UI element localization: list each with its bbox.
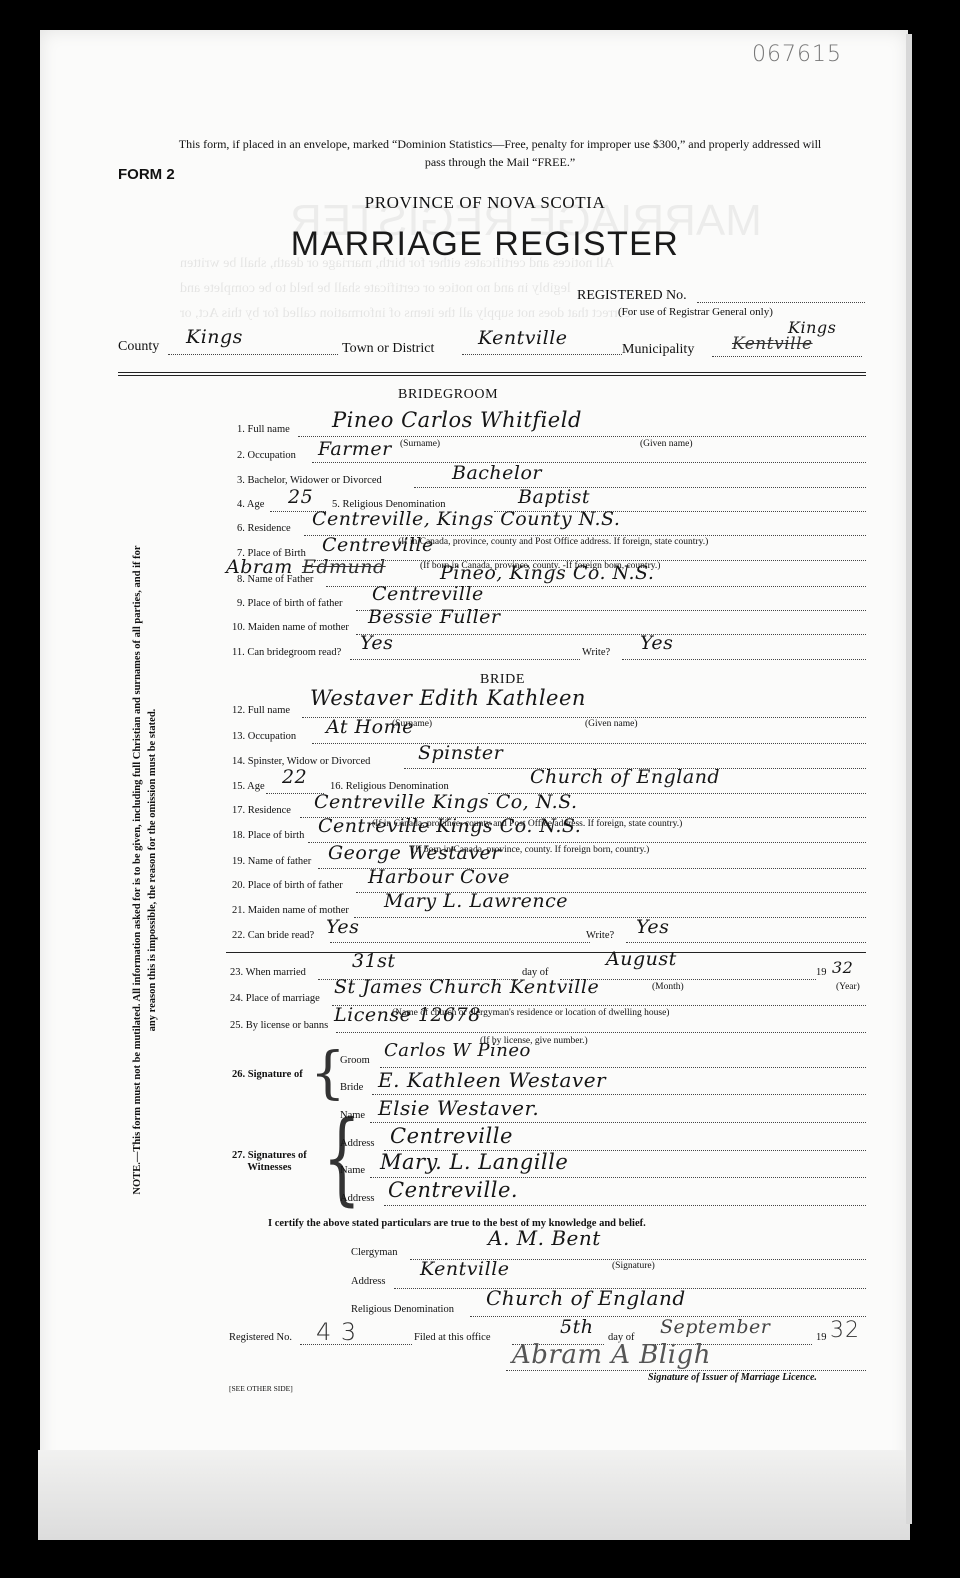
bleed-through-text: correct that does not supply all the ite…	[180, 306, 631, 322]
license-line	[336, 1032, 866, 1033]
town-field-line	[462, 354, 622, 355]
bride-given-name-caption: (Given name)	[585, 719, 638, 729]
bride-occupation[interactable]: At Home	[326, 716, 414, 738]
marriage-day[interactable]: 31st	[352, 950, 396, 972]
groom-birthplace[interactable]: Centreville	[322, 534, 434, 556]
filed-year[interactable]: 32	[830, 1318, 860, 1343]
field-26-label: 26. Signature of	[232, 1069, 303, 1080]
municipality-label: Municipality	[622, 342, 694, 358]
witness-1-address-label: Address	[340, 1138, 374, 1149]
province-heading: PROVINCE OF NOVA SCOTIA	[300, 193, 670, 213]
bride-father-name[interactable]: George Westaver	[328, 842, 501, 864]
field-22-label: 22. Can bride read?	[232, 930, 314, 941]
bride-signature[interactable]: E. Kathleen Westaver	[378, 1068, 606, 1092]
groom-marital-status[interactable]: Bachelor	[452, 462, 542, 484]
registered-no-value[interactable]: 4 3	[316, 1318, 357, 1346]
side-note: NOTE.—This form must not be mutilated. A…	[130, 540, 160, 1200]
issuer-caption: Signature of Issuer of Marriage Licence.	[648, 1372, 817, 1383]
groom-mother-maiden-name[interactable]: Bessie Fuller	[368, 606, 500, 628]
see-other-side: [SEE OTHER SIDE]	[229, 1384, 293, 1393]
year-prefix: 19	[816, 967, 827, 978]
bride-signature-line	[372, 1094, 866, 1095]
filed-label: Filed at this office	[414, 1332, 491, 1343]
bride-can-read[interactable]: Yes	[326, 916, 359, 938]
field-3-label: 3. Bachelor, Widower or Divorced	[237, 475, 382, 486]
filed-month[interactable]: September	[660, 1316, 770, 1338]
archive-number: 067615	[752, 42, 842, 67]
field-11-line	[350, 659, 580, 660]
year-caption: (Year)	[836, 982, 860, 992]
registrar-note: (For use of Registrar General only)	[618, 306, 773, 318]
witness-1-name[interactable]: Elsie Westaver.	[378, 1096, 539, 1120]
bride-write-label: Write?	[586, 930, 614, 941]
witness-1-name-label: Name	[340, 1110, 365, 1121]
groom-write-line	[622, 659, 866, 660]
field-19-label: 19. Name of father	[232, 856, 311, 867]
groom-full-name[interactable]: Pineo Carlos Whitfield	[332, 408, 582, 432]
witness-1-address[interactable]: Centreville	[390, 1124, 513, 1148]
field-21-line	[354, 917, 866, 918]
municipality-value[interactable]: Kings	[788, 318, 836, 337]
field-21-label: 21. Maiden name of mother	[232, 905, 349, 916]
field-2-line	[312, 462, 866, 463]
bride-birthplace[interactable]: Centreville Kings Co. N.S.	[318, 815, 581, 837]
groom-signature[interactable]: Carlos W Pineo	[384, 1040, 531, 1061]
field-20-label: 20. Place of birth of father	[232, 880, 343, 891]
bride-can-write[interactable]: Yes	[636, 916, 669, 938]
clergyman-label: Clergyman	[351, 1247, 397, 1258]
clergyman-signature[interactable]: A. M. Bent	[488, 1226, 601, 1250]
month-caption: (Month)	[652, 982, 684, 992]
bride-marital-status[interactable]: Spinster	[418, 742, 503, 764]
field-15-label: 15. Age	[232, 781, 265, 792]
bride-mother-maiden-name[interactable]: Mary L. Lawrence	[384, 890, 568, 912]
groom-age[interactable]: 25	[288, 486, 313, 508]
header-divider	[118, 372, 866, 376]
clergyman-address-label: Address	[351, 1276, 385, 1287]
registered-no-label-bottom: Registered No.	[229, 1332, 292, 1343]
field-17-label: 17. Residence	[232, 805, 291, 816]
bleed-through-text: legibly in and no notice or certificate …	[180, 281, 571, 297]
registered-no-field[interactable]	[697, 302, 865, 303]
bride-write-line	[626, 942, 866, 943]
bride-signature-label: Bride	[340, 1082, 363, 1093]
filed-year-prefix: 19	[816, 1332, 827, 1343]
groom-father-first-name[interactable]: Abram	[226, 556, 293, 578]
given-name-caption: (Given name)	[640, 439, 693, 449]
field-23-label: 23. When married	[230, 967, 306, 978]
field-9-label: 9. Place of birth of father	[237, 598, 343, 609]
groom-write-label: Write?	[582, 647, 610, 658]
witness-1-name-line	[370, 1122, 866, 1123]
field-4-label: 4. Age	[237, 499, 264, 510]
postal-notice: This form, if placed in an envelope, mar…	[170, 135, 830, 171]
field-13-line	[312, 743, 866, 744]
town-value[interactable]: Kentville	[478, 327, 568, 349]
marriage-month[interactable]: August	[606, 948, 677, 970]
witness-2-address-label: Address	[340, 1193, 374, 1204]
field-13-label: 13. Occupation	[232, 731, 296, 742]
field-6-label: 6. Residence	[237, 523, 291, 534]
groom-occupation[interactable]: Farmer	[318, 438, 392, 460]
registered-no-label: REGISTERED No.	[577, 288, 687, 304]
municipality-field-line	[712, 356, 862, 357]
issuer-signature[interactable]: Abram A Bligh	[512, 1340, 711, 1370]
groom-can-write[interactable]: Yes	[640, 632, 673, 654]
field-2-label: 2. Occupation	[237, 450, 296, 461]
bride-divider	[226, 952, 866, 953]
witness-2-address-line	[384, 1205, 866, 1206]
municipality-struck-value: Kentville	[732, 334, 813, 354]
issuer-signature-line	[506, 1370, 866, 1371]
groom-residence[interactable]: Centreville, Kings County N.S.	[312, 508, 620, 530]
field-11-label: 11. Can bridegroom read?	[232, 647, 341, 658]
field-3-line	[414, 487, 866, 488]
clergyman-denomination[interactable]: Church of England	[486, 1286, 686, 1310]
bride-religion[interactable]: Church of England	[530, 766, 720, 788]
bridegroom-heading: BRIDEGROOM	[398, 387, 498, 403]
county-label: County	[118, 339, 159, 355]
field-10-line	[356, 634, 866, 635]
clergyman-address[interactable]: Kentville	[420, 1258, 510, 1280]
bride-age[interactable]: 22	[282, 766, 307, 788]
witness-2-name[interactable]: Mary. L. Langille	[380, 1150, 568, 1174]
bride-full-name[interactable]: Westaver Edith Kathleen	[310, 686, 586, 710]
field-27-label: 27. Signatures ofWitnesses	[232, 1150, 307, 1174]
county-value[interactable]: Kings	[186, 326, 243, 348]
bride-residence[interactable]: Centreville Kings Co, N.S.	[314, 791, 578, 813]
groom-religion[interactable]: Baptist	[518, 486, 590, 508]
groom-father-struck-name: Edmund	[302, 556, 386, 578]
signature-caption: (Signature)	[612, 1261, 655, 1271]
form-label: FORM 2	[118, 166, 175, 183]
license-number[interactable]: License 12678	[334, 1004, 481, 1026]
page-title: MARRIAGE REGISTER	[240, 225, 730, 264]
surname-caption: (Surname)	[400, 439, 440, 449]
groom-father-birthplace[interactable]: Centreville	[372, 583, 484, 605]
town-label: Town or District	[342, 341, 434, 357]
page-bottom-edge	[38, 1450, 910, 1540]
clergyman-denomination-label: Religious Denomination	[351, 1304, 454, 1315]
groom-father-name[interactable]: Pineo, Kings Co. N.S.	[440, 562, 654, 584]
marriage-place[interactable]: St James Church Kentville	[334, 976, 599, 998]
field-24-label: 24. Place of marriage	[230, 993, 320, 1004]
groom-can-read[interactable]: Yes	[360, 632, 393, 654]
field-18-label: 18. Place of birth	[232, 830, 304, 841]
county-field-line	[168, 354, 338, 355]
witness-2-name-label: Name	[340, 1165, 365, 1176]
page-right-edge	[906, 34, 912, 1524]
field-10-label: 10. Maiden name of mother	[232, 622, 349, 633]
marriage-year[interactable]: 32	[832, 958, 853, 977]
field-22-line	[330, 942, 590, 943]
field-1-line	[298, 436, 866, 437]
field-25-label: 25. By license or banns	[230, 1020, 328, 1031]
groom-signature-label: Groom	[340, 1055, 370, 1066]
residence-caption: (If in Canada, province, county and Post…	[398, 537, 708, 547]
bride-father-birthplace[interactable]: Harbour Cove	[368, 866, 510, 888]
witness-2-address[interactable]: Centreville.	[388, 1178, 518, 1202]
field-12-label: 12. Full name	[232, 705, 290, 716]
filed-day[interactable]: 5th	[560, 1316, 593, 1338]
field-1-label: 1. Full name	[237, 424, 290, 435]
